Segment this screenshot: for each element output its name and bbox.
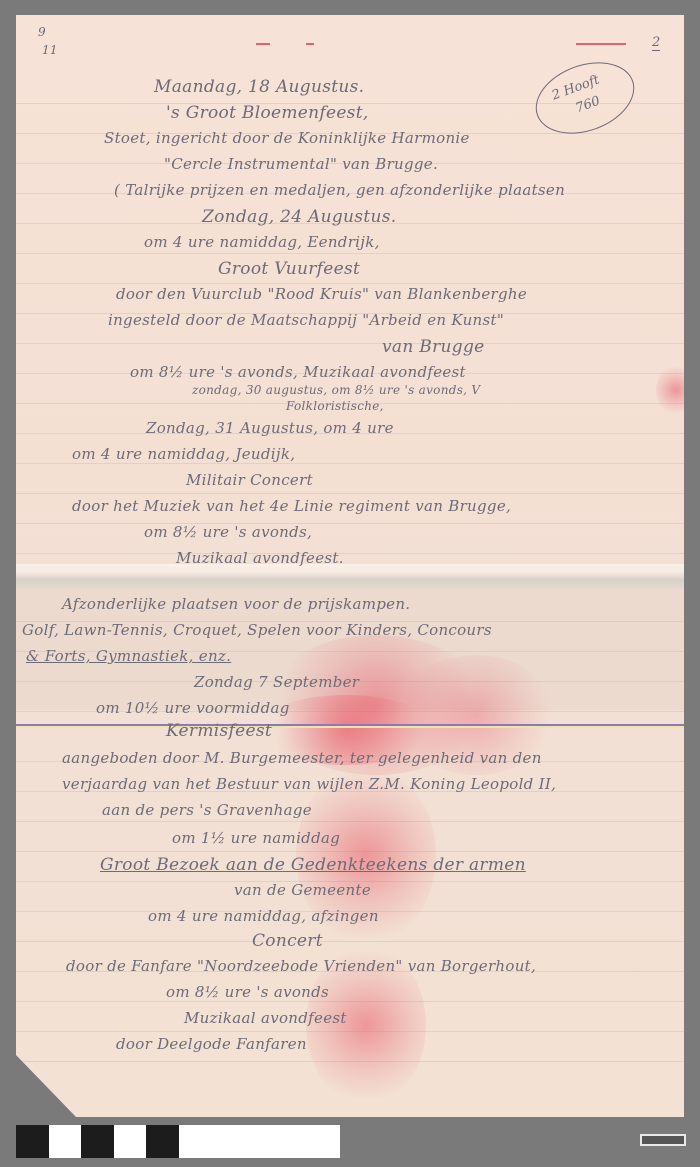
text-line: Groot Vuurfeest bbox=[218, 259, 360, 279]
ruled-line bbox=[16, 553, 684, 554]
text-line: Maandag, 18 Augustus. bbox=[154, 77, 364, 97]
text-line: ingesteld door de Maatschappij "Arbeid e… bbox=[108, 311, 504, 329]
text-line: om 8½ ure 's avonds, Muzikaal avondfeest bbox=[130, 363, 466, 381]
manuscript-page: 2 9 11 2 Hooft 760 Maandag, 18 Augustus.… bbox=[16, 15, 684, 1117]
ruled-line bbox=[16, 283, 684, 284]
text-line: Concert bbox=[252, 931, 323, 951]
red-mark bbox=[576, 43, 626, 45]
text-line: van Brugge bbox=[382, 337, 485, 357]
text-line: Afzonderlijke plaatsen voor de prijskamp… bbox=[62, 595, 410, 613]
red-mark bbox=[256, 43, 270, 45]
text-line: Zondag 7 September bbox=[194, 673, 359, 691]
text-line: & Forts, Gymnastiek, enz. bbox=[26, 647, 231, 665]
text-line: Stoet, ingericht door de Koninklijke Har… bbox=[104, 129, 470, 147]
color-scale-bar bbox=[16, 1125, 340, 1158]
red-stain bbox=[656, 365, 684, 415]
text-line: om 10½ ure voormiddag bbox=[96, 699, 290, 717]
archive-stamp-line2: 760 bbox=[574, 94, 602, 117]
ruled-line bbox=[16, 493, 684, 494]
scale-segment-white bbox=[179, 1125, 340, 1158]
text-line: om 8½ ure 's avonds, bbox=[144, 523, 312, 541]
ruled-line bbox=[16, 523, 684, 524]
text-line: aan de pers 's Gravenhage bbox=[102, 801, 312, 819]
text-line: 's Groot Bloemenfeest, bbox=[166, 103, 369, 123]
text-line: door het Muziek van het 4e Linie regimen… bbox=[72, 497, 511, 515]
archive-stamp: 2 Hooft 760 bbox=[526, 50, 644, 147]
scale-segment-white bbox=[49, 1125, 81, 1158]
text-line: om 4 ure namiddag, afzingen bbox=[148, 907, 379, 925]
text-line: om 4 ure namiddag, Eendrijk, bbox=[144, 233, 380, 251]
text-line: Folkloristische, bbox=[286, 399, 384, 413]
text-line: Kermisfeest bbox=[166, 721, 272, 741]
text-line: aangeboden door M. Burgemeester, ter gel… bbox=[62, 749, 542, 767]
paper-fold bbox=[16, 564, 684, 590]
text-line: Groot Bezoek aan de Gedenkteekens der ar… bbox=[100, 855, 526, 875]
margin-mark: 9 bbox=[38, 25, 46, 39]
red-mark bbox=[306, 43, 314, 45]
text-line: Zondag, 31 Augustus, om 4 ure bbox=[146, 419, 394, 437]
scale-segment-black bbox=[146, 1125, 179, 1158]
text-line: Zondag, 24 Augustus. bbox=[202, 207, 396, 227]
text-line: verjaardag van het Bestuur van wijlen Z.… bbox=[62, 775, 556, 793]
scale-segment-black bbox=[81, 1125, 114, 1158]
text-line: "Cercle Instrumental" van Brugge. bbox=[164, 155, 438, 173]
text-line: door de Fanfare "Noordzeebode Vrienden" … bbox=[66, 957, 536, 975]
text-line: om 1½ ure namiddag bbox=[172, 829, 340, 847]
text-line: Muzikaal avondfeest. bbox=[176, 549, 344, 567]
text-line: door den Vuurclub "Rood Kruis" van Blank… bbox=[116, 285, 527, 303]
ruled-line bbox=[16, 253, 684, 254]
text-line: ( Talrijke prijzen en medaljen, gen afzo… bbox=[114, 181, 565, 199]
text-line: om 8½ ure 's avonds bbox=[166, 983, 329, 1001]
text-line: Golf, Lawn-Tennis, Croquet, Spelen voor … bbox=[22, 621, 492, 639]
ruled-line bbox=[16, 463, 684, 464]
text-line: door Deelgode Fanfaren bbox=[116, 1035, 307, 1053]
scale-segment-white bbox=[114, 1125, 146, 1158]
margin-mark: 11 bbox=[42, 43, 58, 57]
scale-segment-black bbox=[16, 1125, 49, 1158]
text-line: om 4 ure namiddag, Jeudijk, bbox=[72, 445, 295, 463]
page-number: 2 bbox=[652, 35, 660, 51]
ruled-line bbox=[16, 343, 684, 344]
text-line: van de Gemeente bbox=[234, 881, 371, 899]
text-line: zondag, 30 augustus, om 8½ ure 's avonds… bbox=[192, 383, 480, 397]
scale-reference-marker bbox=[640, 1134, 686, 1146]
text-line: Muzikaal avondfeest bbox=[184, 1009, 347, 1027]
scan-artifact-line bbox=[16, 726, 684, 728]
text-line: Militair Concert bbox=[186, 471, 313, 489]
